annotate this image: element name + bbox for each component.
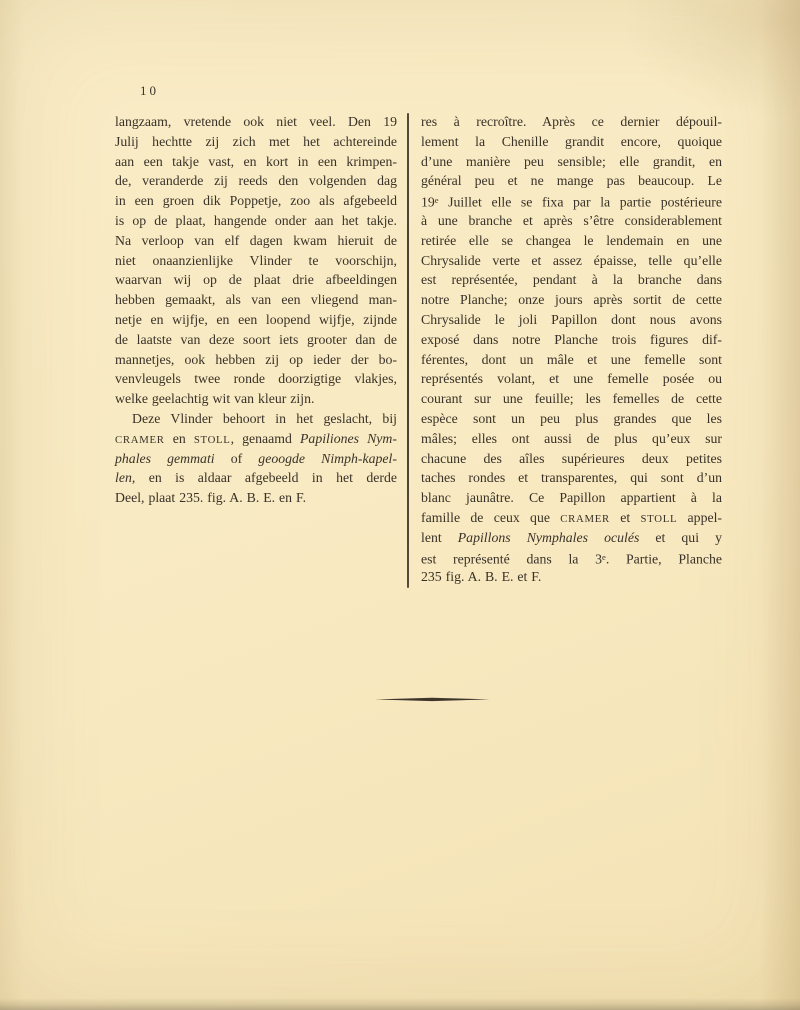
text-line: d’une manière peu sensible; elle grandit…	[421, 152, 722, 172]
text-segment: appel-	[677, 510, 722, 525]
scan-bottom-edge	[0, 998, 800, 1010]
right-column-french-text: res à recroître. Après ce dernier dépoui…	[421, 112, 722, 587]
text-line: chacune des aîles supérieures deux petit…	[421, 449, 722, 469]
text-segment: welke geelachtig wit van kleur zijn.	[115, 391, 314, 406]
text-line: len, en is aldaar afgebeeld in het derde	[115, 468, 397, 488]
text-line: 235 fig. A. B. E. et F.	[421, 567, 722, 587]
text-line: de, veranderde zij reeds den volgenden d…	[115, 171, 397, 191]
text-segment: est représenté dans la 3	[421, 551, 602, 566]
text-line: Chrysalide le joli Papillon dont nous av…	[421, 310, 722, 330]
swelled-rule-ornament	[375, 697, 490, 702]
text-line: férentes, dont un mâle et une femelle so…	[421, 350, 722, 370]
text-line: lent Papillons Nymphales oculés et qui y	[421, 528, 722, 548]
text-segment: of	[215, 451, 259, 466]
italic-text: Papiliones Nym-	[300, 431, 397, 446]
italic-text: phales gemmati	[115, 451, 215, 466]
text-segment: représentés volant, et une femelle posée…	[421, 371, 722, 386]
text-line: Deel, plaat 235. fig. A. B. E. en F.	[115, 488, 397, 508]
small-caps-text: CRAMER	[560, 513, 610, 525]
text-segment: mannetjes, ook hebben zij op ieder der b…	[115, 352, 397, 367]
text-segment: Na verloop van elf dagen kwam hieruit de	[115, 233, 397, 248]
text-segment: 235 fig. A. B. E. et F.	[421, 569, 541, 584]
text-segment: hebben gemaakt, als van een vliegend man…	[115, 292, 397, 307]
text-line: res à recroître. Après ce dernier dépoui…	[421, 112, 722, 132]
text-segment: Julij hechtte zij zich met het achterein…	[115, 134, 397, 149]
small-caps-text: STOLL	[194, 434, 231, 446]
text-segment: lement la Chenille grandit encore, quoiq…	[421, 134, 722, 149]
text-segment: langzaam, vretende ook niet veel. Den 19	[115, 114, 397, 129]
text-segment: lent	[421, 530, 458, 545]
text-line: de laatste van deze soort iets grooter d…	[115, 330, 397, 350]
text-segment: Chrysalide le joli Papillon dont nous av…	[421, 312, 722, 327]
text-line: général peu et ne mange pas beaucoup. Le	[421, 171, 722, 191]
left-column-dutch-text: langzaam, vretende ook niet veel. Den 19…	[115, 112, 397, 508]
text-segment: notre Planche; onze jours après sortit d…	[421, 292, 722, 307]
text-line: CRAMER en STOLL, genaamd Papiliones Nym-	[115, 429, 397, 449]
text-segment: courant sur une feuille; les femelles de…	[421, 391, 722, 406]
text-line: est représenté dans la 3e. Partie, Planc…	[421, 548, 722, 568]
text-line: Deze Vlinder behoort in het geslacht, bi…	[115, 409, 397, 429]
text-line: is op de plaat, hangende onder aan het t…	[115, 211, 397, 231]
text-line: netje en wijfje, en een loopend wijfje, …	[115, 310, 397, 330]
text-line: waarvan wij op de plaat drie afbeeldinge…	[115, 270, 397, 290]
text-line: aan een takje vast, en kort in een krimp…	[115, 152, 397, 172]
text-segment: blanc jaunâtre. Ce Papillon appartient à…	[421, 490, 722, 505]
text-line: exposé dans notre Planche trois figures …	[421, 330, 722, 350]
text-line: mâles; elles ont aussi de plus qu’eux su…	[421, 429, 722, 449]
text-segment: , genaamd	[231, 431, 300, 446]
text-line: welke geelachtig wit van kleur zijn.	[115, 389, 397, 409]
text-segment: en	[165, 431, 194, 446]
text-segment: à une branche et après s’être considerab…	[421, 213, 722, 228]
text-segment: niet onaanzienlijke Vlinder te voorschij…	[115, 253, 397, 268]
text-segment: d’une manière peu sensible; elle grandit…	[421, 154, 722, 169]
text-segment: en is aldaar afgebeeld in het derde	[135, 470, 397, 485]
text-segment: is op de plaat, hangende onder aan het t…	[115, 213, 397, 228]
text-segment: Juillet elle se fixa par la partie posté…	[439, 194, 722, 209]
text-line: notre Planche; onze jours après sortit d…	[421, 290, 722, 310]
text-line: retirée elle se changea le lendemain en …	[421, 231, 722, 251]
text-line: 19e Juillet elle se fixa par la partie p…	[421, 191, 722, 211]
text-line: famille de ceux que CRAMER et STOLL appe…	[421, 508, 722, 528]
small-caps-text: STOLL	[640, 513, 677, 525]
text-line: langzaam, vretende ook niet veel. Den 19	[115, 112, 397, 132]
text-segment: et	[610, 510, 641, 525]
text-segment: res à recroître. Après ce dernier dépoui…	[421, 114, 722, 129]
text-segment: chacune des aîles supérieures deux petit…	[421, 451, 722, 466]
text-line: mannetjes, ook hebben zij op ieder der b…	[115, 350, 397, 370]
page-number: 10	[140, 83, 159, 99]
text-line: Na verloop van elf dagen kwam hieruit de	[115, 231, 397, 251]
text-segment: Deel, plaat 235. fig. A. B. E. en F.	[115, 490, 306, 505]
text-segment: mâles; elles ont aussi de plus qu’eux su…	[421, 431, 722, 446]
text-segment: 19	[421, 194, 435, 209]
text-segment: aan een takje vast, en kort in een krimp…	[115, 154, 397, 169]
text-line: in een groen dik Poppetje, zoo als afgeb…	[115, 191, 397, 211]
text-segment: de, veranderde zij reeds den volgenden d…	[115, 173, 397, 188]
text-line: espèce sont un peu plus grandes que les	[421, 409, 722, 429]
text-line: niet onaanzienlijke Vlinder te voorschij…	[115, 251, 397, 271]
text-segment: waarvan wij op de plaat drie afbeeldinge…	[115, 272, 397, 287]
column-divider-rule	[407, 113, 409, 588]
text-line: à une branche et après s’être considerab…	[421, 211, 722, 231]
text-line: est représentée, pendant à la branche da…	[421, 270, 722, 290]
text-line: lement la Chenille grandit encore, quoiq…	[421, 132, 722, 152]
italic-text: geoogde Nimph-kapel-	[258, 451, 397, 466]
italic-text: Papillons Nymphales oculés	[458, 530, 640, 545]
text-segment: est représentée, pendant à la branche da…	[421, 272, 722, 287]
small-caps-text: CRAMER	[115, 434, 165, 446]
text-line: représentés volant, et une femelle posée…	[421, 369, 722, 389]
text-segment: et qui y	[639, 530, 722, 545]
text-segment: in een groen dik Poppetje, zoo als afgeb…	[115, 193, 397, 208]
text-segment: venvleugels twee ronde doorzigtige vlakj…	[115, 371, 397, 386]
text-line: phales gemmati of geoogde Nimph-kapel-	[115, 449, 397, 469]
text-line: Julij hechtte zij zich met het achterein…	[115, 132, 397, 152]
text-line: hebben gemaakt, als van een vliegend man…	[115, 290, 397, 310]
text-segment: . Partie, Planche	[606, 551, 722, 566]
italic-text: len,	[115, 470, 135, 485]
text-line: blanc jaunâtre. Ce Papillon appartient à…	[421, 488, 722, 508]
text-line: courant sur une feuille; les femelles de…	[421, 389, 722, 409]
text-segment: Deze Vlinder behoort in het geslacht, bi…	[132, 411, 397, 426]
text-segment: férentes, dont un mâle et une femelle so…	[421, 352, 722, 367]
text-segment: de laatste van deze soort iets grooter d…	[115, 332, 397, 347]
text-segment: Chrysalide verte et assez épaisse, telle…	[421, 253, 722, 268]
text-segment: retirée elle se changea le lendemain en …	[421, 233, 722, 248]
text-segment: espèce sont un peu plus grandes que les	[421, 411, 722, 426]
text-segment: exposé dans notre Planche trois figures …	[421, 332, 722, 347]
text-line: Chrysalide verte et assez épaisse, telle…	[421, 251, 722, 271]
text-segment: famille de ceux que	[421, 510, 560, 525]
text-segment: général peu et ne mange pas beaucoup. Le	[421, 173, 722, 188]
text-line: venvleugels twee ronde doorzigtige vlakj…	[115, 369, 397, 389]
text-segment: taches rondes et transparentes, qui sont…	[421, 470, 722, 485]
text-segment: netje en wijfje, en een loopend wijfje, …	[115, 312, 397, 327]
text-line: taches rondes et transparentes, qui sont…	[421, 468, 722, 488]
book-page: 10 langzaam, vretende ook niet veel. Den…	[0, 0, 800, 1010]
